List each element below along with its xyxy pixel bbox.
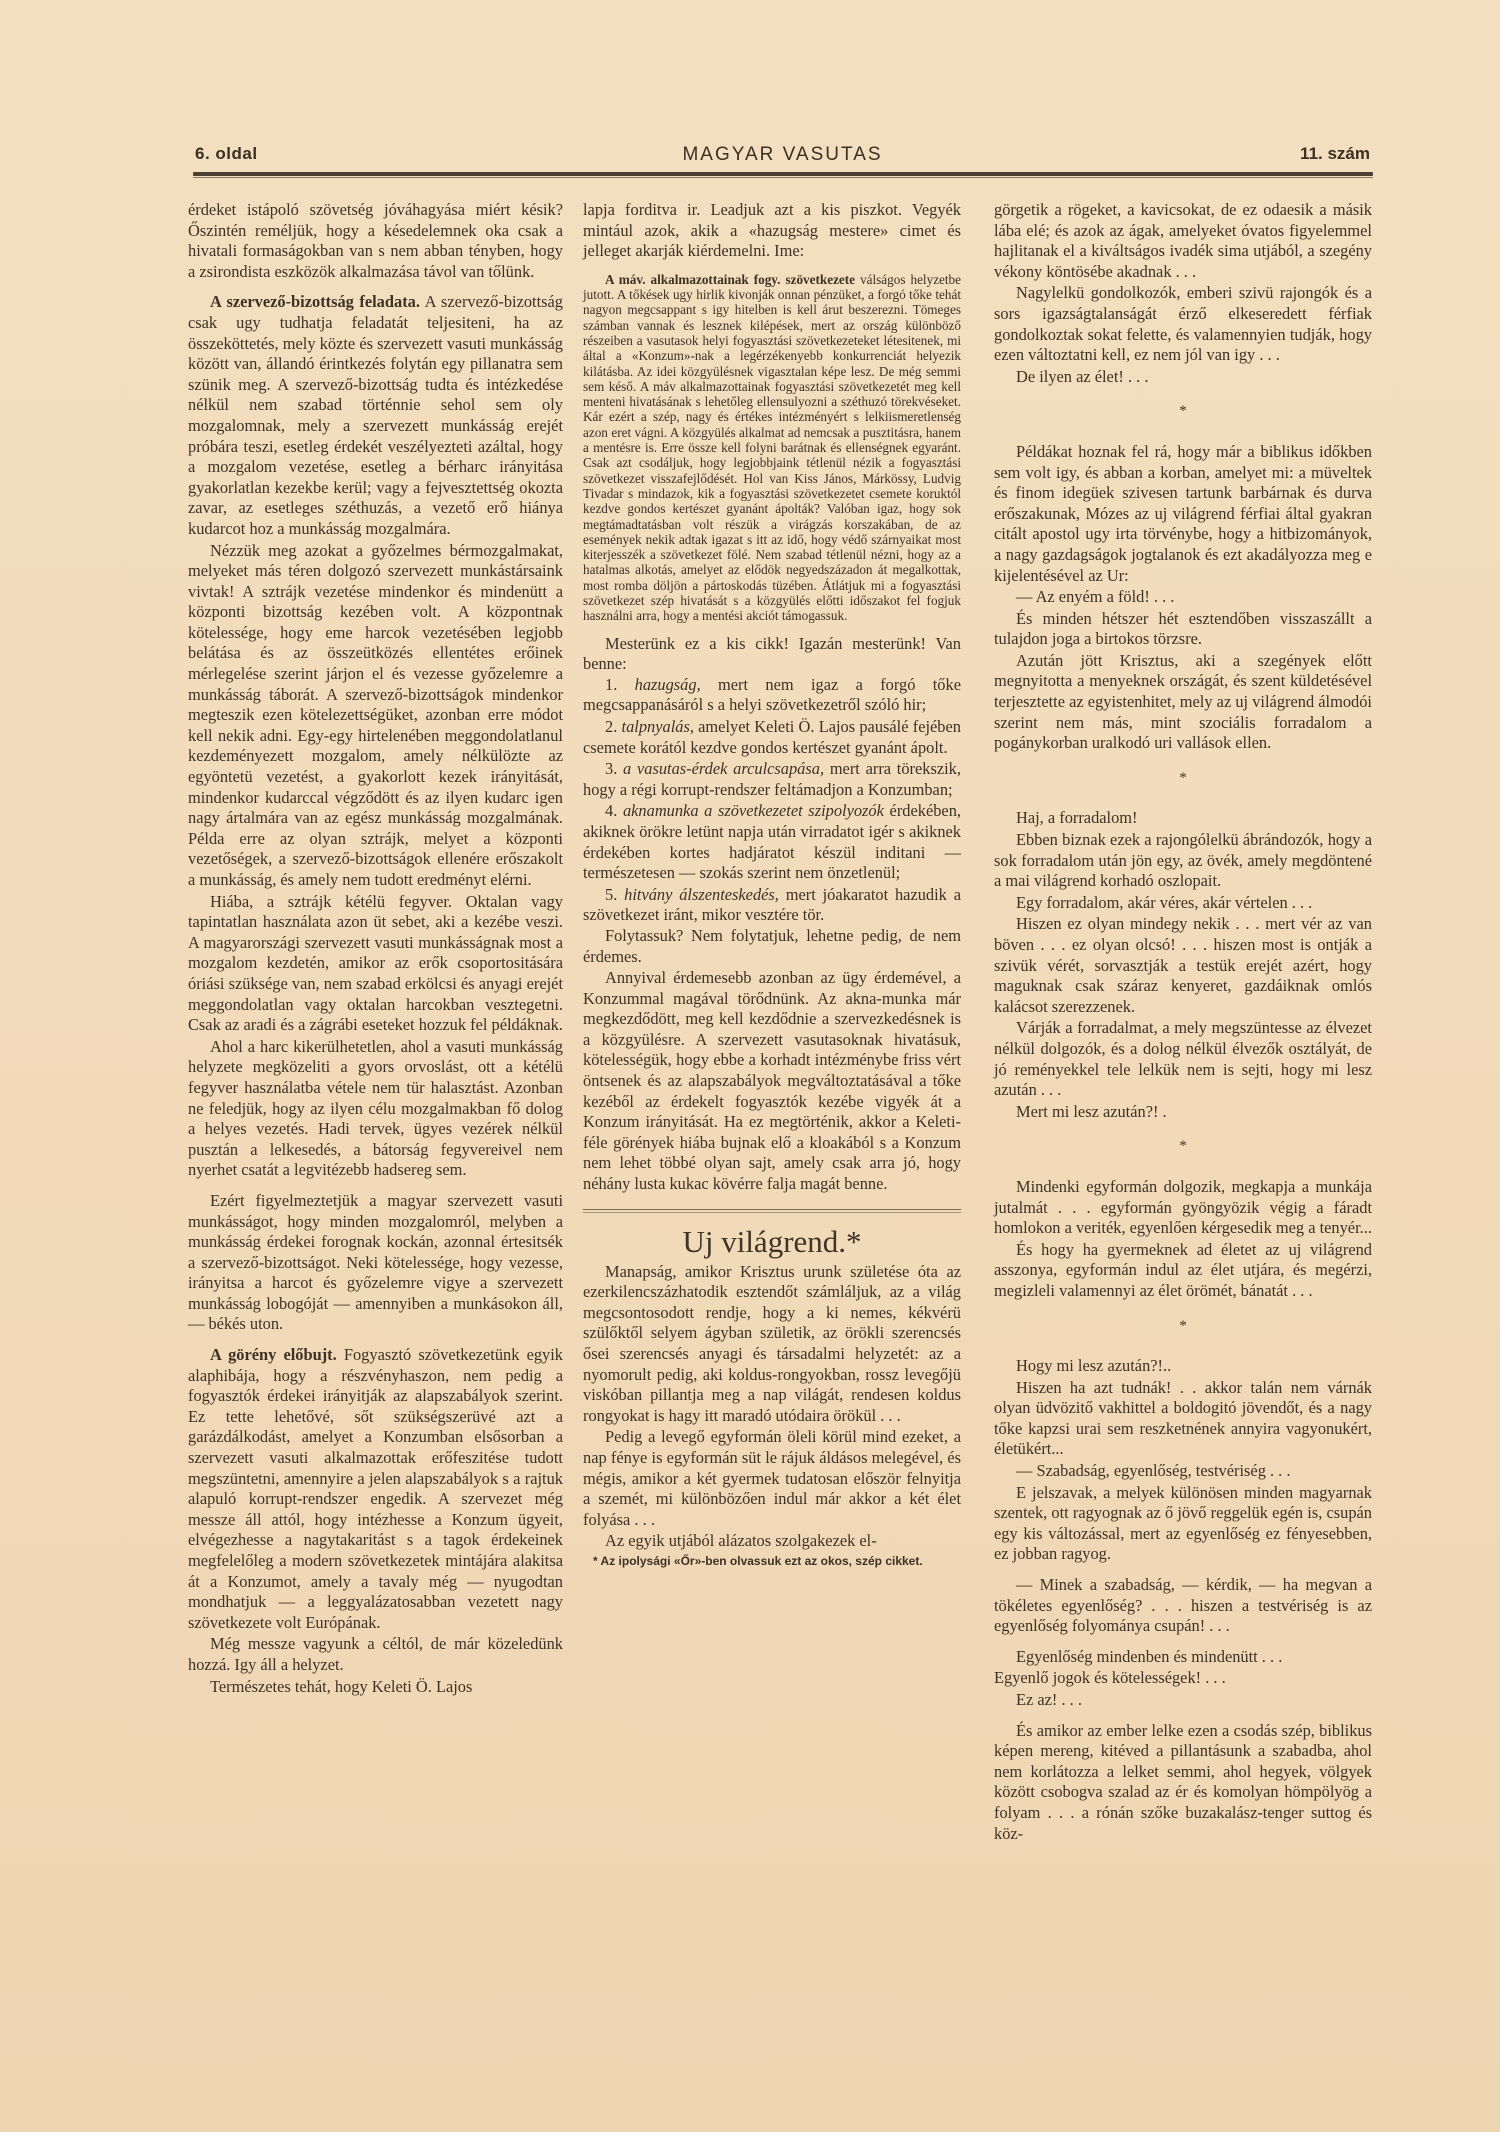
paragraph: Hiszen ez olyan mindegy nekik . . . mert…	[994, 914, 1372, 1017]
paragraph: Ezért figyelmeztetjük a magyar szervezet…	[188, 1191, 563, 1335]
paragraph: Annyival érdemesebb azonban az ügy érdem…	[583, 968, 961, 1195]
footnote: * Az ipolysági «Őr»-ben olvassuk ezt az …	[583, 1553, 961, 1569]
section-heading: A görény előbujt.	[210, 1345, 337, 1364]
paragraph-text: A szervező-bizottság csak ugy tudhatja f…	[188, 292, 563, 538]
paragraph: Egy forradalom, akár véres, akár vértele…	[994, 893, 1372, 914]
paragraph: Pedig a levegő egyformán öleli körül min…	[583, 1427, 961, 1530]
header-rule-thin	[193, 177, 1373, 178]
page-header: 6. oldal MAGYAR VASUTAS 11. szám	[195, 142, 1370, 172]
paragraph: Az egyik utjából alázatos szolgakezek el…	[583, 1531, 961, 1552]
paragraph: lapja forditva ir. Leadjuk azt a kis pis…	[583, 200, 961, 262]
section-separator-star: *	[994, 401, 1372, 422]
paragraph: Természetes tehát, hogy Keleti Ö. Lajos	[188, 1677, 563, 1698]
paragraph: Ez az! . . .	[994, 1690, 1372, 1711]
paragraph: Mert mi lesz azután?! .	[994, 1102, 1372, 1123]
paragraph: Hiszen ha azt tudnák! . . akkor talán ne…	[994, 1378, 1372, 1460]
list-item-term: talpnyalás,	[622, 717, 694, 736]
quote-text: válságos helyzetbe jutott. A tőkések ugy…	[583, 272, 961, 624]
column-2: lapja forditva ir. Leadjuk azt a kis pis…	[583, 200, 961, 1569]
list-item-number: 2.	[605, 717, 617, 736]
paragraph: Folytassuk? Nem folytatjuk, lehetne pedi…	[583, 926, 961, 967]
list-item-term: aknamunka a szövetkezetet szipolyozók	[623, 801, 884, 820]
paragraph: Egyenlő jogok és kötelességek! . . .	[994, 1668, 1372, 1689]
list-item-number: 3.	[605, 759, 617, 778]
paragraph: görgetik a rögeket, a kavicsokat, de ez …	[994, 200, 1372, 282]
paragraph: — Minek a szabadság, — kérdik, — ha megv…	[994, 1575, 1372, 1637]
paragraph: A görény előbujt. Fogyasztó szövetkezetü…	[188, 1345, 563, 1633]
list-item-number: 5.	[605, 885, 617, 904]
article-divider	[583, 1209, 961, 1213]
paragraph: Ebben biznak ezek a rajongólelkü ábrándo…	[994, 830, 1372, 892]
section-heading: A szervező-bizottság feladata.	[210, 292, 420, 311]
paragraph-text: Fogyasztó szövetkezetünk egyik alaphibáj…	[188, 1345, 563, 1632]
issue-number: 11. szám	[1300, 144, 1370, 164]
paragraph: — Az enyém a föld! . . .	[994, 587, 1372, 608]
newspaper-page: 6. oldal MAGYAR VASUTAS 11. szám érdeket…	[0, 0, 1500, 2132]
paragraph: Azután jött Krisztus, aki a szegények el…	[994, 651, 1372, 754]
column-3: görgetik a rögeket, a kavicsokat, de ez …	[994, 200, 1372, 1844]
paragraph: — Szabadság, egyenlőség, testvériség . .…	[994, 1461, 1372, 1482]
paragraph: Hiába, a sztrájk kétélü fegyver. Oktalan…	[188, 892, 563, 1036]
quoted-article: A máv. alkalmazottainak fogy. szövetkeze…	[583, 272, 961, 624]
paragraph: És amikor az ember lelke ezen a csodás s…	[994, 1721, 1372, 1845]
list-item-term: a vasutas-érdek arculcsapása,	[623, 759, 824, 778]
paragraph: Manapság, amikor Krisztus urunk születés…	[583, 1262, 961, 1427]
paragraph: Nagylelkü gondolkozók, emberi szivü rajo…	[994, 283, 1372, 365]
list-item-term: hazugság,	[635, 675, 701, 694]
section-separator-star: *	[994, 1316, 1372, 1337]
paragraph: érdeket istápoló szövetség jóváhagyása m…	[188, 200, 563, 282]
paragraph: Egyenlőség mindenben és mindenütt . . .	[994, 1647, 1372, 1668]
list-item: 2. talpnyalás, amelyet Keleti Ö. Lajos p…	[583, 717, 961, 758]
paragraph: E jelszavak, a melyek különösen minden m…	[994, 1483, 1372, 1565]
paragraph: Ahol a harc kikerülhetetlen, ahol a vasu…	[188, 1037, 563, 1181]
masthead: MAGYAR VASUTAS	[195, 144, 1370, 166]
list-item: 4. aknamunka a szövetkezetet szipolyozók…	[583, 801, 961, 883]
list-item: 1. hazugság, mert nem igaz a forgó tőke …	[583, 675, 961, 716]
paragraph: És minden hétszer hét esztendőben vissza…	[994, 609, 1372, 650]
header-rule	[193, 172, 1373, 176]
column-1: érdeket istápoló szövetség jóváhagyása m…	[188, 200, 563, 1697]
paragraph: Várják a forradalmat, a mely megszüntess…	[994, 1018, 1372, 1100]
paragraph: Példákat hoznak fel rá, hogy már a bibli…	[994, 442, 1372, 586]
paragraph: Haj, a forradalom!	[994, 808, 1372, 829]
section-separator-star: *	[994, 768, 1372, 789]
list-item-term: hitvány álszenteskedés,	[624, 885, 779, 904]
paragraph: A szervező-bizottság feladata. A szervez…	[188, 292, 563, 539]
list-item-number: 1.	[605, 675, 617, 694]
list-item: 5. hitvány álszenteskedés, mert jóakarat…	[583, 885, 961, 926]
paragraph: Hogy mi lesz azután?!..	[994, 1356, 1372, 1377]
quote-heading: A máv. alkalmazottainak fogy. szövetkeze…	[605, 272, 855, 287]
paragraph: De ilyen az élet! . . .	[994, 367, 1372, 388]
paragraph: Mindenki egyformán dolgozik, megkapja a …	[994, 1177, 1372, 1239]
paragraph: És hogy ha gyermeknek ad életet az uj vi…	[994, 1240, 1372, 1302]
paragraph: Nézzük meg azokat a győzelmes bérmozgalm…	[188, 541, 563, 891]
numbered-list: 1. hazugság, mert nem igaz a forgó tőke …	[583, 675, 961, 926]
list-item: 3. a vasutas-érdek arculcsapása, mert ar…	[583, 759, 961, 800]
paragraph: Mesterünk ez a kis cikk! Igazán mesterün…	[583, 634, 961, 675]
section-separator-star: *	[994, 1136, 1372, 1157]
article-title: Uj világrend.*	[583, 1223, 961, 1261]
list-item-number: 4.	[605, 801, 617, 820]
paragraph: Még messze vagyunk a céltól, de már köze…	[188, 1634, 563, 1675]
